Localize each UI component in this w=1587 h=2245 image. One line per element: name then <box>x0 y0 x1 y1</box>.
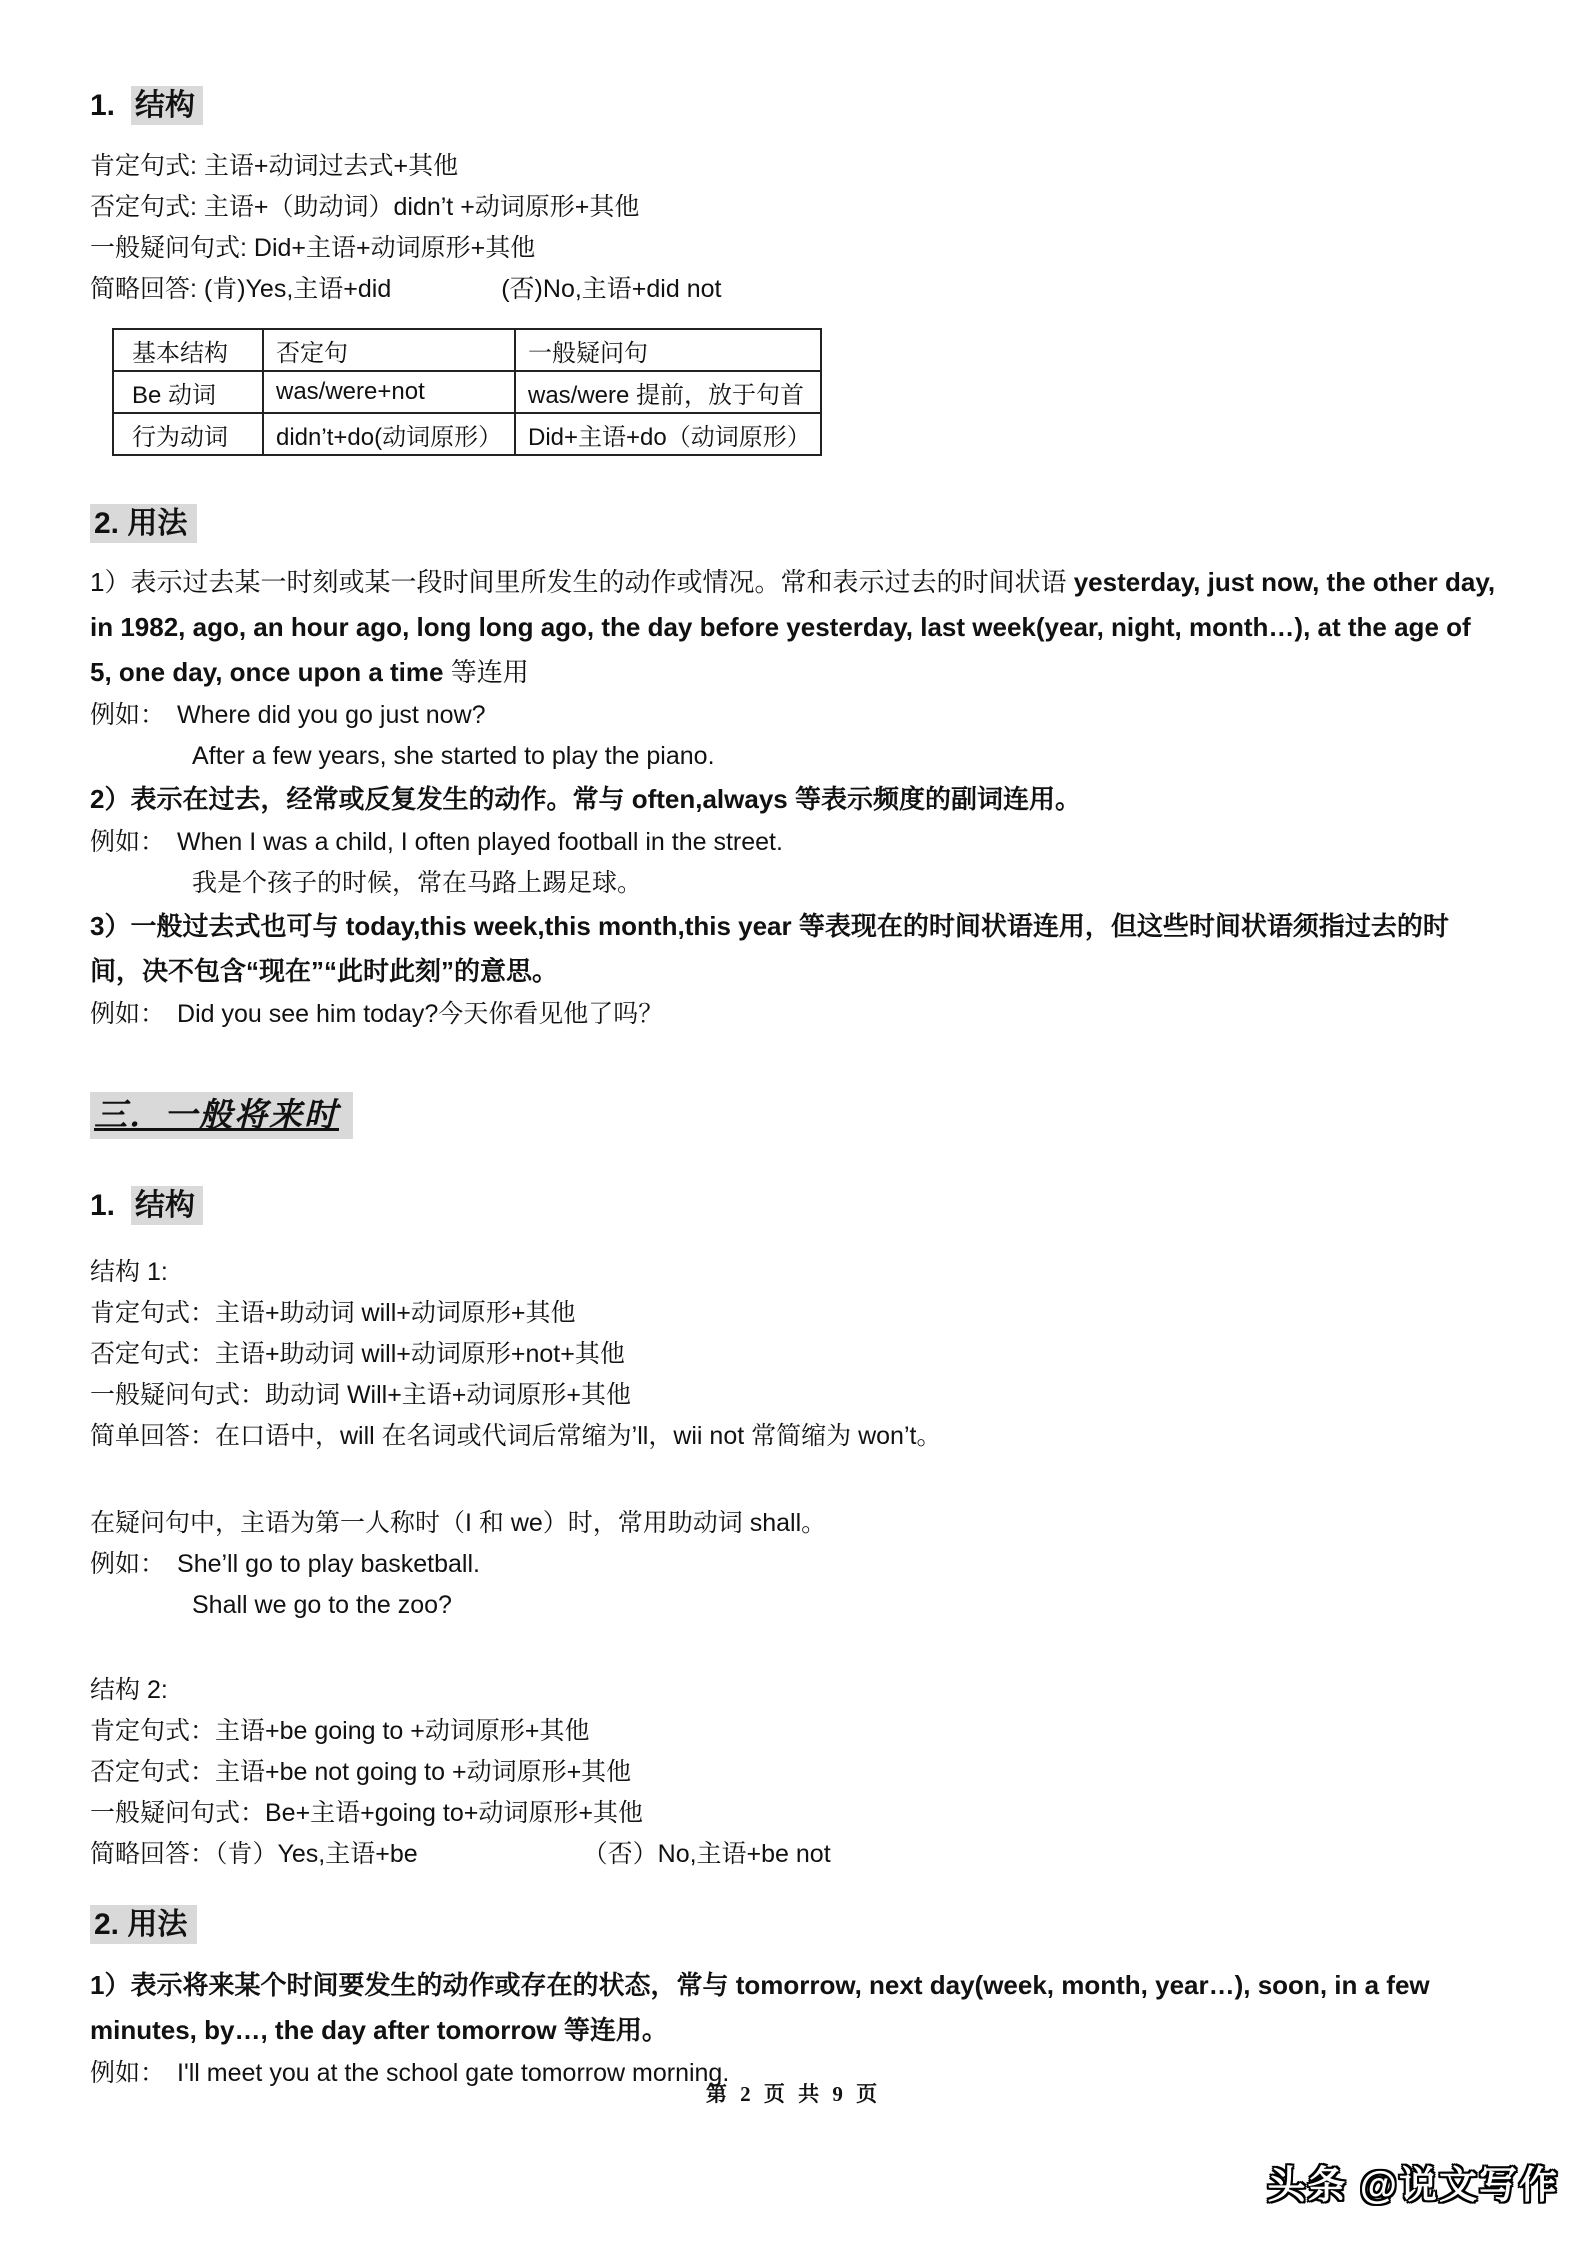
formula-line-short-answer: 简略回答：（肯）Yes,主语+be（否）No,主语+be not <box>90 1834 1497 1875</box>
table-cell: was/were 提前，放于句首 <box>515 371 821 413</box>
usage-present-time-words: today,this week,this month,this year <box>346 911 792 941</box>
table-cell: was/were+not <box>263 371 515 413</box>
short-answer-no: （否）No,主语+be not <box>583 1840 831 1868</box>
formula-line-question: 一般疑问句式：助动词 Will+主语+动词原形+其他 <box>90 1375 1497 1416</box>
example-sentence: When I was a child, I often played footb… <box>177 828 783 856</box>
toutiao-watermark: 头条 @说文写作 <box>1267 2154 1559 2209</box>
usage-text-cn: 1）表示将来某个时间要发生的动作或存在的状态，常与 <box>90 1970 736 2000</box>
table-cell: 行为动词 <box>113 413 263 455</box>
structure-1-label: 结构 1: <box>90 1252 1497 1293</box>
usage-text-cn: 2）表示在过去，经常或反复发生的动作。常与 <box>90 784 632 814</box>
heading-structure-past: 1.结构 <box>90 80 1497 124</box>
formula-line-negative: 否定句式：主语+助动词 will+动词原形+not+其他 <box>90 1334 1497 1375</box>
example-sentence: Did you see him today?今天你看见他了吗？ <box>177 1000 663 1028</box>
formula-line-short-answer: 简略回答: (肯)Yes,主语+did(否)No,主语+did not <box>90 269 1497 310</box>
heading-title-highlight: 2. 用法 <box>90 1905 197 1944</box>
example-label: 例如： <box>90 828 165 856</box>
usage-paragraph-future: 1）表示将来某个时间要发生的动作或存在的状态，常与 tomorrow, next… <box>90 1963 1497 2053</box>
usage-text-cn: 1）表示过去某一时刻或某一段时间里所发生的动作或情况。常和表示过去的时间状语 <box>90 567 1074 597</box>
heading-title-highlight: 2. 用法 <box>90 504 197 543</box>
heading-number: 1. <box>90 1189 115 1222</box>
short-answer-yes: 简略回答: (肯)Yes,主语+did <box>90 275 391 303</box>
grammar-table: 基本结构 否定句 一般疑问句 Be 动词 was/were+not was/we… <box>112 328 822 456</box>
short-answer-no: (否)No,主语+did not <box>501 275 721 303</box>
formula-line-negative: 否定句式：主语+be not going to +动词原形+其他 <box>90 1752 1497 1793</box>
document-page: 1.结构 肯定句式: 主语+动词过去式+其他 否定句式: 主语+（助动词）did… <box>0 0 1587 2245</box>
table-header-cell: 否定句 <box>263 329 515 371</box>
formula-line-short-answer: 简单回答：在口语中，will 在名词或代词后常缩为’ll，wii not 常简缩… <box>90 1416 1497 1457</box>
heading-structure-future: 1.结构 <box>90 1180 1497 1224</box>
usage-text-cn: 等连用 <box>443 657 528 687</box>
past-structure-lines: 肯定句式: 主语+动词过去式+其他 否定句式: 主语+（助动词）didn’t +… <box>90 146 1497 310</box>
chapter-heading-future-tense: 三．一般将来时 <box>90 1089 1497 1136</box>
heading-usage-past: 2. 用法 <box>90 498 1497 542</box>
formula-line-question: 一般疑问句式：Be+主语+going to+动词原形+其他 <box>90 1793 1497 1834</box>
future-structure-1: 结构 1: 肯定句式：主语+助动词 will+动词原形+其他 否定句式：主语+助… <box>90 1252 1497 1457</box>
example-sentence: Where did you go just now? <box>177 701 486 729</box>
usage-paragraph-1: 1）表示过去某一时刻或某一段时间里所发生的动作或情况。常和表示过去的时间状语 y… <box>90 560 1497 695</box>
formula-line-affirmative: 肯定句式：主语+助动词 will+动词原形+其他 <box>90 1293 1497 1334</box>
table-header-cell: 一般疑问句 <box>515 329 821 371</box>
page-content: 1.结构 肯定句式: 主语+动词过去式+其他 否定句式: 主语+（助动词）did… <box>0 0 1587 2094</box>
structure-2-label: 结构 2: <box>90 1670 1497 1711</box>
example-line: 例如：She’ll go to play basketball. <box>90 1544 1497 1585</box>
formula-line-affirmative: 肯定句式: 主语+动词过去式+其他 <box>90 146 1497 187</box>
table-cell: didn’t+do(动词原形） <box>263 413 515 455</box>
table-row: 行为动词 didn’t+do(动词原形） Did+主语+do（动词原形） <box>113 413 821 455</box>
heading-title-highlight: 结构 <box>131 86 203 125</box>
example-label: 例如： <box>90 701 165 729</box>
example-continuation: After a few years, she started to play t… <box>90 736 1497 777</box>
formula-line-affirmative: 肯定句式：主语+be going to +动词原形+其他 <box>90 1711 1497 1752</box>
formula-line-negative: 否定句式: 主语+（助动词）didn’t +动词原形+其他 <box>90 187 1497 228</box>
table-cell: Be 动词 <box>113 371 263 413</box>
usage-paragraph-2: 2）表示在过去，经常或反复发生的动作。常与 often,always 等表示频度… <box>90 777 1497 822</box>
example-label: 例如： <box>90 1000 165 1028</box>
example-translation: 我是个孩子的时候，常在马路上踢足球。 <box>90 863 1497 904</box>
table-header-cell: 基本结构 <box>113 329 263 371</box>
example-line: 例如：Did you see him today?今天你看见他了吗？ <box>90 994 1497 1035</box>
shall-usage-note: 在疑问句中，主语为第一人称时（I 和 we）时，常用助动词 shall。 <box>90 1503 1497 1544</box>
example-line: 例如：Where did you go just now? <box>90 695 1497 736</box>
example-sentence: She’ll go to play basketball. <box>177 1550 480 1578</box>
example-line: 例如：When I was a child, I often played fo… <box>90 822 1497 863</box>
table-header-row: 基本结构 否定句 一般疑问句 <box>113 329 821 371</box>
table-row: Be 动词 was/were+not was/were 提前，放于句首 <box>113 371 821 413</box>
usage-frequency-adverbs: often,always <box>632 784 788 814</box>
future-structure-2: 肯定句式：主语+be going to +动词原形+其他 否定句式：主语+be … <box>90 1711 1497 1875</box>
short-answer-yes: 简略回答：（肯）Yes,主语+be <box>90 1840 418 1868</box>
usage-text-cn: 3）一般过去式也可与 <box>90 911 346 941</box>
example-label: 例如： <box>90 1550 165 1578</box>
heading-usage-future: 2. 用法 <box>90 1899 1497 1943</box>
heading-title-highlight: 结构 <box>131 1186 203 1225</box>
page-footer: 第 2 页 共 9 页 <box>0 2078 1587 2108</box>
heading-number: 1. <box>90 89 115 122</box>
example-continuation: Shall we go to the zoo? <box>90 1585 1497 1626</box>
usage-paragraph-3: 3）一般过去式也可与 today,this week,this month,th… <box>90 904 1497 994</box>
table-cell: Did+主语+do（动词原形） <box>515 413 821 455</box>
usage-text-cn: 等表示频度的副词连用。 <box>788 784 1081 814</box>
usage-text-cn: 等连用。 <box>557 2015 668 2045</box>
chapter-title-highlight: 三．一般将来时 <box>90 1092 353 1139</box>
formula-line-question: 一般疑问句式: Did+主语+动词原形+其他 <box>90 228 1497 269</box>
